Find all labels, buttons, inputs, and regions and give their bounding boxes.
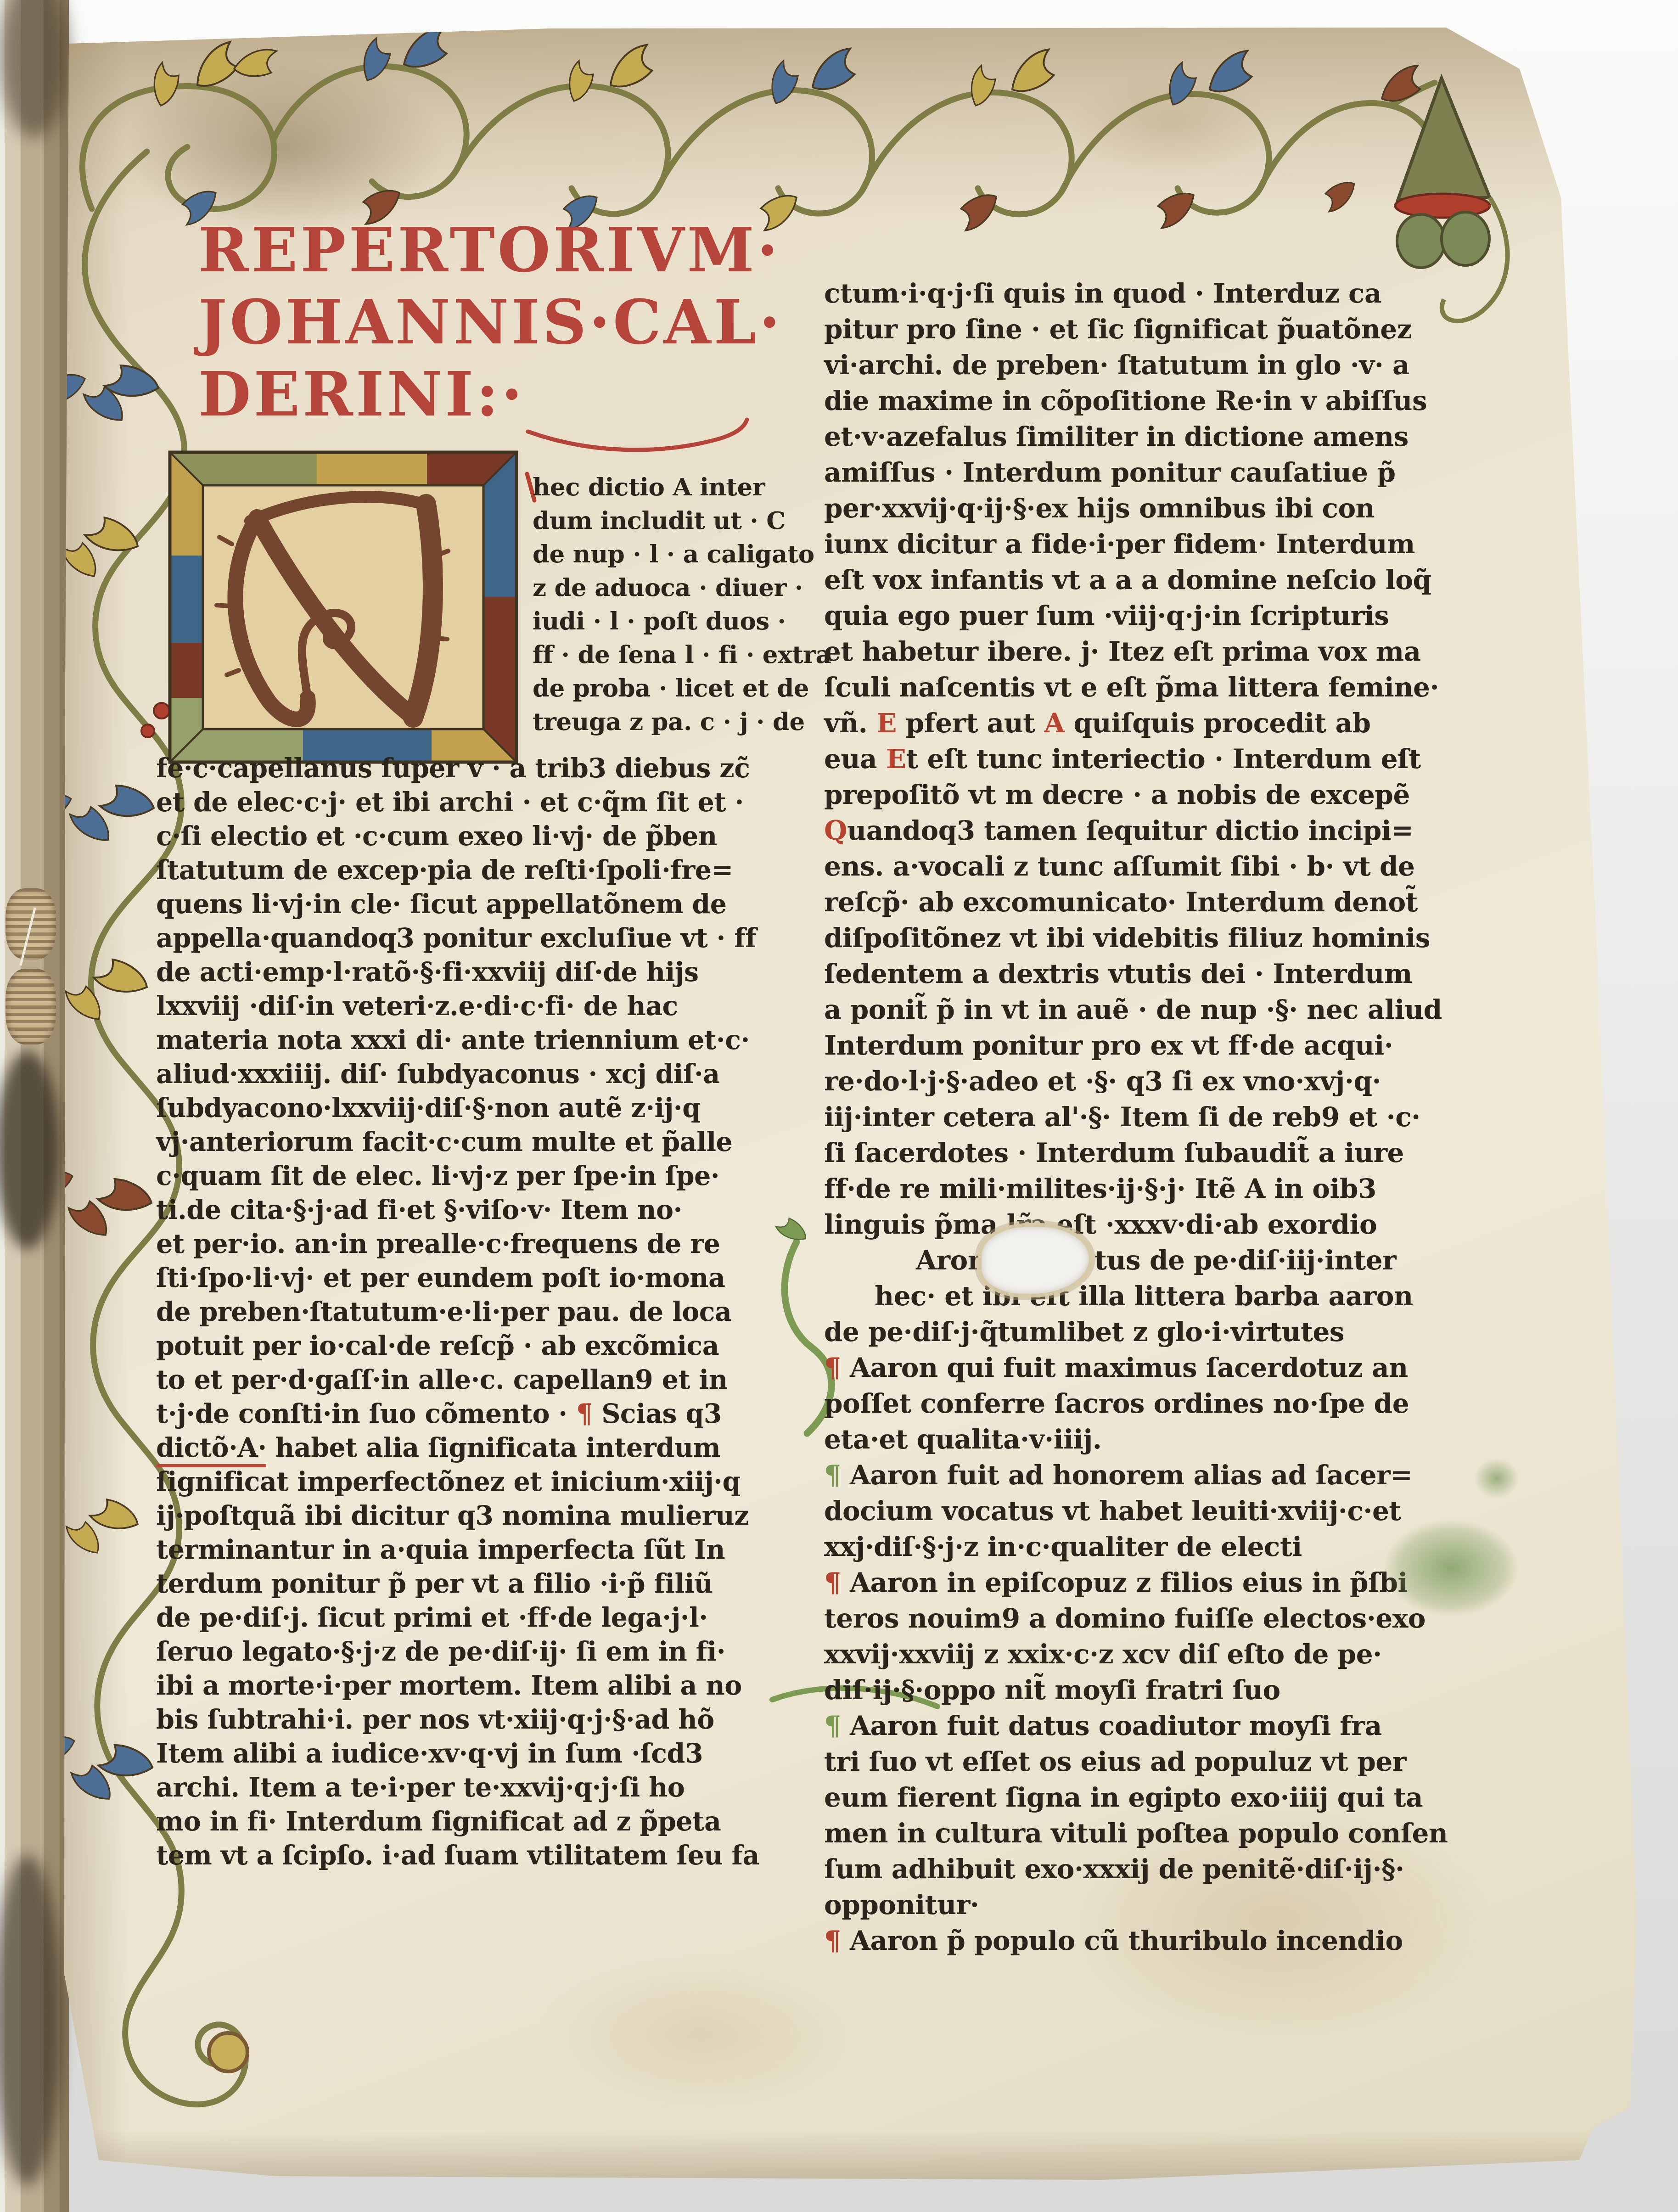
text-line: ij·poſtquã ibi dicitur q3 nomina mulieru… (156, 1500, 785, 1534)
text-segment: poſſet conferre ſacros ordines no·ſpe de (824, 1388, 1409, 1419)
text-segment: ¶ (824, 1710, 841, 1741)
title-line-1: REPERTORIVM· (198, 215, 781, 286)
text-segment: appella·quandoq3 ponitur excluſiue vt · … (156, 923, 756, 954)
text-line: ſculi naſcentis vt e eſt p̃ma littera fe… (824, 672, 1458, 707)
illuminated-initial (170, 452, 516, 762)
text-segment: ij·poſtquã ibi dicitur q3 nomina mulieru… (156, 1500, 749, 1531)
text-line: ſeruo legato·§·j·z de pe·diſ·ij· ſi em i… (156, 1636, 785, 1670)
text-segment: diſpoſitõnez vt ibi videbitis filiuz hom… (824, 922, 1430, 954)
title-flourish (528, 420, 747, 450)
text-segment: ſti·ſpo·li·vj· et per eundem poſt io·mon… (156, 1263, 725, 1293)
text-segment: Q (824, 815, 847, 846)
binding-recess-low (0, 1855, 62, 2185)
text-segment: re·do·l·j·§·adeo et ·§· q3 ſi ex vno·xvj… (824, 1066, 1381, 1097)
text-line: linguis p̃ma lr̃a eſt ·xxxv·di·ab exordi… (824, 1209, 1458, 1245)
text-line: ¶ Aaron qui fuit maximus ſacerdotuz an (824, 1352, 1458, 1388)
text-line: teros nouim9 a domino fuiſſe electos·exo (824, 1603, 1458, 1639)
text-segment: Item alibi a iudice·xv·q·vj in ſum ·ſcd3 (156, 1738, 703, 1769)
text-segment: eta·et qualita·v·iiij. (824, 1424, 1101, 1455)
text-line: potuit per io·cal·de reſcp̃ · ab excõmic… (156, 1331, 785, 1364)
text-segment: uandoq3 tamen ſequitur dictio incipi= (847, 815, 1413, 846)
binding-recess-mid (0, 1051, 60, 1249)
text-segment: t·j·de conſti·in ſuo cõmento · (156, 1398, 576, 1429)
text-segment: iij·inter cetera al'·§· Item ſi de reb9 … (824, 1101, 1420, 1133)
text-line: ff·de re mili·milites·ij·§·j· Itẽ A in o… (824, 1173, 1458, 1209)
text-segment: ¶ (576, 1398, 593, 1429)
text-line: Aron·tus de pe·diſ·iij·inter (824, 1245, 1458, 1280)
text-line: pitur pro ſine · et ſic ſignificat p̃uat… (824, 314, 1458, 349)
text-segment: ſubdyacono·lxxviij·diſ·§·non autẽ z·ij·q (156, 1093, 701, 1123)
title-line-2: JOHANNIS·CAL· (198, 287, 783, 358)
text-line: hec· et ibi eſt illa littera barba aaron (824, 1280, 1458, 1316)
text-segment: die maxime in cõpoſitione Re·in v abiſſu… (824, 385, 1427, 416)
text-line: ens. a·vocali z tunc aſſumit ſibi · b· v… (824, 851, 1458, 887)
text-segment: ſtatutum de excep·pia de reſti·ſpoli·fre… (156, 855, 733, 886)
text-segment: opponitur· (824, 1889, 979, 1920)
text-line: die maxime in cõpoſitione Re·in v abiſſu… (824, 385, 1458, 421)
text-segment: Scias q3 (593, 1398, 722, 1429)
text-line: terdum ponitur p̃ per vt a filio ·i·p̃ f… (156, 1568, 785, 1602)
text-segment: terminantur in a·quia imperfecta ſũt In (156, 1534, 725, 1565)
text-segment: vj·anteriorum facit·c·cum multe et p̃all… (156, 1127, 732, 1157)
text-segment: Aaron p̃ populo cũ thuribulo incendio (841, 1925, 1403, 1956)
text-segment: et habetur ibere. j· Itez eſt prima vox … (824, 636, 1421, 667)
text-segment: reſcp̃· ab excomunicato· Interdum denot̃ (824, 887, 1418, 918)
text-line: terminantur in a·quia imperfecta ſũt In (156, 1534, 785, 1568)
text-segment: A (1044, 707, 1065, 739)
text-line: dum includit ut · C (533, 506, 799, 540)
text-segment: de pe·diſ·j. ſicut primi et ·ff·de lega·… (156, 1602, 708, 1633)
binding-cord (6, 969, 56, 1044)
text-line: iij·inter cetera al'·§· Item ſi de reb9 … (824, 1101, 1458, 1137)
text-segment: pitur pro ſine · et ſic ſignificat p̃uat… (824, 314, 1412, 345)
text-segment: amiſſus · Interdum ponitur cauſatiue p̃ (824, 457, 1396, 488)
text-segment: ff·de re mili·milites·ij·§·j· Itẽ A in o… (824, 1173, 1376, 1204)
text-line: ibi a morte·i·per mortem. Item alibi a n… (156, 1670, 785, 1704)
text-segment: ſignificat imperfectõnez et inicium·xiij… (156, 1466, 741, 1497)
text-line: eta·et qualita·v·iiij. (824, 1424, 1458, 1460)
text-segment: E (876, 707, 897, 739)
text-segment: ibi a morte·i·per mortem. Item alibi a n… (156, 1670, 742, 1701)
text-line: fe·c·capellanus ſuper v · a trib3 diebus… (156, 753, 785, 787)
text-line: ſum adhibuit exo·xxxij de penitẽ·diſ·ij·… (824, 1853, 1458, 1889)
text-segment: Interdum ponitur pro ex vt ff·de acqui· (824, 1030, 1393, 1061)
text-line: to et per·d·gaſſ·in alle·c. capellan9 et… (156, 1364, 785, 1398)
text-line: ¶ Aaron in epiſcopuz z filios eius in p̃… (824, 1567, 1458, 1603)
text-line: aliud·xxxiiij. diſ· ſubdyaconus · xcj di… (156, 1059, 785, 1093)
left-vine-end-curl (209, 2033, 247, 2072)
text-segment: ſi ſacerdotes · Interdum ſubaudit̃ a iur… (824, 1137, 1404, 1168)
text-segment: potuit per io·cal·de reſcp̃ · ab excõmic… (156, 1331, 719, 1361)
left-column: fe·c·capellanus ſuper v · a trib3 diebus… (156, 753, 785, 1874)
text-line: eum fierent ſigna in egipto exo·iiij qui… (824, 1782, 1458, 1818)
text-segment: ſeruo legato·§·j·z de pe·diſ·ij· ſi em i… (156, 1636, 725, 1667)
text-segment: fe·c·capellanus ſuper v · a trib3 diebus… (156, 753, 750, 784)
text-segment: linguis p̃ma lr̃a eſt ·xxxv·di·ab exordi… (824, 1209, 1377, 1240)
text-segment: E (886, 743, 906, 775)
stain-right-column-top (1033, 55, 1308, 193)
text-line: tem vt a ſcipſo. i·ad ſuam vtilitatem ſe… (156, 1840, 785, 1874)
text-line: prepoſitõ vt m decre · a nobis de excepẽ (824, 779, 1458, 815)
text-segment: vi·archi. de preben· ſtatutum in glo ·v·… (824, 349, 1409, 381)
text-segment: de pe·diſ·j·q̃tumlibet z glo·i·virtutes (824, 1316, 1344, 1347)
text-line: diſ·ij·§·oppo nit̃ moyſi fratri ſuo (824, 1674, 1458, 1710)
text-segment: et·v·azefalus ſimiliter in dictione amen… (824, 421, 1409, 452)
stain-gutter-shade (60, 0, 129, 2212)
text-segment: to et per·d·gaſſ·in alle·c. capellan9 et… (156, 1364, 728, 1395)
text-line: et·v·azefalus ſimiliter in dictione amen… (824, 421, 1458, 457)
text-segment: Aaron fuit ad honorem alias ad ſacer= (841, 1460, 1412, 1491)
text-segment: bis ſubtrahi·i. per nos vt·xiij·q·j·§·ad… (156, 1704, 714, 1735)
text-segment: et de elec·c·j· et ibi archi · et c·q̃m … (156, 787, 744, 818)
text-segment: ctum·i·q·j·ſi quis in quod · Interduz ca (824, 278, 1381, 309)
text-line: Quandoq3 tamen ſequitur dictio incipi= (824, 815, 1458, 851)
initial-letter-A (217, 497, 448, 719)
text-segment: ſedentem a dextris vtutis dei · Interdum (824, 958, 1412, 989)
text-segment: per·xxvij·q·ij·§·ex hijs omnibus ibi con (824, 493, 1375, 524)
text-line: t·j·de conſti·in ſuo cõmento · ¶ Scias q… (156, 1398, 785, 1432)
text-segment: quia ego puer ſum ·viij·q·j·in ſcripturi… (824, 600, 1389, 631)
text-segment: Aaron qui fuit maximus ſacerdotuz an (841, 1352, 1408, 1383)
text-segment: ¶ (824, 1352, 841, 1383)
text-segment: men in cultura vituli poſtea populo conſ… (824, 1818, 1448, 1849)
text-segment: ¶ (824, 1567, 841, 1598)
text-segment: z de aduoca · diuer · (533, 573, 803, 602)
text-segment: xxvij·xxviij z xxix·c·z xcv diſ eſto de … (824, 1639, 1382, 1670)
text-segment: ff · de ſena l · fi · extra (533, 640, 831, 669)
text-line: opponitur· (824, 1889, 1458, 1925)
text-line: ſignificat imperfectõnez et inicium·xiij… (156, 1466, 785, 1500)
text-segment: xxj·diſ·§·j·z in·c·qualiter de electi (824, 1531, 1302, 1562)
text-segment: iudi · l · poſt duos · (533, 607, 786, 635)
text-segment: quens li·vj·in cle· ſicut appellatõnem d… (156, 889, 726, 920)
text-segment: a ponit̃ p̃ in vt in auẽ · de nup ·§· ne… (824, 994, 1442, 1025)
text-segment: ¶ (824, 1460, 841, 1491)
text-segment: ¶ (824, 1925, 841, 1956)
text-line: xxvij·xxviij z xxix·c·z xcv diſ eſto de … (824, 1639, 1458, 1674)
text-line: ff · de ſena l · fi · extra (533, 640, 799, 674)
text-line: reſcp̃· ab excomunicato· Interdum denot̃ (824, 887, 1458, 922)
parchment-page: REPERTORIVM· JOHANNIS·CAL· DERINI:· hec … (0, 0, 1678, 2212)
text-line: xxj·diſ·§·j·z in·c·qualiter de electi (824, 1531, 1458, 1567)
text-line: quens li·vj·in cle· ſicut appellatõnem d… (156, 889, 785, 923)
text-segment: mo in fi· Interdum ſignificat ad z p̃pet… (156, 1806, 721, 1837)
text-segment: ens. a·vocali z tunc aſſumit ſibi · b· v… (824, 851, 1414, 882)
text-segment: diſ·ij·§·oppo nit̃ moyſi fratri ſuo (824, 1674, 1280, 1706)
initial-frame (170, 452, 516, 762)
left-vine-berries (141, 703, 189, 737)
stain-bottom-edge (64, 2130, 1602, 2181)
initial-field (170, 452, 516, 762)
green-pigment-droplet (1469, 1453, 1524, 1504)
text-line: Item alibi a iudice·xv·q·vj in ſum ·ſcd3 (156, 1738, 785, 1772)
text-line: eſt vox infantis vt a a a domine neſcio … (824, 564, 1458, 600)
text-segment: eua (824, 743, 886, 775)
text-segment: iunx dicitur a fide·i·per fidem· Interdu… (824, 528, 1415, 560)
text-line: de nup · l · a caligato (533, 540, 799, 573)
text-line: archi. Item a te·i·per te·xxvij·q·j·ſi h… (156, 1772, 785, 1806)
text-segment: teros nouim9 a domino fuiſſe electos·exo (824, 1603, 1425, 1634)
text-line: de pe·diſ·j. ſicut primi et ·ff·de lega·… (156, 1602, 785, 1636)
text-segment: c·ſi electio et ·c·cum exeo li·vj· de p̃… (156, 821, 717, 852)
text-segment: de acti·emp·l·ratõ·§·fi·xxviij diſ·de hi… (156, 957, 699, 988)
text-line: de pe·diſ·j·q̃tumlibet z glo·i·virtutes (824, 1316, 1458, 1352)
text-line: de proba · licet et de (533, 674, 799, 707)
text-line: quia ego puer ſum ·viij·q·j·in ſcripturi… (824, 600, 1458, 636)
text-line: ti.de cita·§·j·ad fi·et §·viſo·v· Item n… (156, 1195, 785, 1229)
text-segment: de proba · licet et de (533, 674, 809, 702)
text-segment: Aaron fuit datus coadiutor moyſi fra (841, 1710, 1382, 1741)
text-line: docium vocatus vt habet leuiti·xviij·c·e… (824, 1495, 1458, 1531)
text-segment: tus de pe·diſ·iij·inter (1094, 1245, 1396, 1276)
text-line: per·xxvij·q·ij·§·ex hijs omnibus ibi con (824, 493, 1458, 528)
text-line: vi·archi. de preben· ſtatutum in glo ·v·… (824, 349, 1458, 385)
text-line: dictõ·A· habet alia ſignificata interdum (156, 1432, 785, 1466)
book-binding-spine (0, 0, 69, 2212)
text-line: de preben·ſtatutum·e·li·per pau. de loca (156, 1297, 785, 1331)
text-line: vj·anteriorum facit·c·cum multe et p̃all… (156, 1127, 785, 1161)
text-line: c·ſi electio et ·c·cum exeo li·vj· de p̃… (156, 821, 785, 855)
text-line: men in cultura vituli poſtea populo conſ… (824, 1818, 1458, 1853)
text-segment: treuga z pa. c · j · de (533, 707, 805, 736)
text-line: iunx dicitur a fide·i·per fidem· Interdu… (824, 528, 1458, 564)
text-segment: archi. Item a te·i·per te·xxvij·q·j·ſi h… (156, 1772, 685, 1803)
text-segment: dum includit ut · C (533, 506, 786, 535)
text-segment: eſt vox infantis vt a a a domine neſcio … (824, 564, 1431, 595)
text-line: poſſet conferre ſacros ordines no·ſpe de (824, 1388, 1458, 1424)
text-segment: materia nota xxxi di· ante triennium et·… (156, 1025, 750, 1055)
text-line: ctum·i·q·j·ſi quis in quod · Interduz ca (824, 278, 1458, 314)
text-line: a ponit̃ p̃ in vt in auẽ · de nup ·§· ne… (824, 994, 1458, 1030)
text-line: re·do·l·j·§·adeo et ·§· q3 ſi ex vno·xvj… (824, 1066, 1458, 1101)
text-line: mo in fi· Interdum ſignificat ad z p̃pet… (156, 1806, 785, 1840)
text-segment: lxxviij ·diſ·in veteri·z.e·di·c·fi· de h… (156, 991, 678, 1022)
binding-shadow-top (0, 0, 69, 138)
text-segment: ſum adhibuit exo·xxxij de penitẽ·diſ·ij·… (824, 1853, 1404, 1885)
text-line: tri ſuo vt eſſet os eius ad populuz vt p… (824, 1746, 1458, 1782)
text-line: et habetur ibere. j· Itez eſt prima vox … (824, 636, 1458, 672)
text-line: iudi · l · poſt duos · (533, 607, 799, 640)
text-segment: dictõ·A· (156, 1432, 266, 1467)
text-line: diſpoſitõnez vt ibi videbitis filiuz hom… (824, 922, 1458, 958)
text-line: ſi ſacerdotes · Interdum ſubaudit̃ a iur… (824, 1137, 1458, 1173)
text-line: ¶ Aaron fuit ad honorem alias ad ſacer= (824, 1460, 1458, 1495)
text-line: lxxviij ·diſ·in veteri·z.e·di·c·fi· de h… (156, 991, 785, 1025)
text-line: ſtatutum de excep·pia de reſti·ſpoli·fre… (156, 855, 785, 889)
text-line: et de elec·c·j· et ibi archi · et c·q̃m … (156, 787, 785, 821)
text-segment: de nup · l · a caligato (533, 540, 814, 568)
scanned-manuscript-photo: REPERTORIVM· JOHANNIS·CAL· DERINI:· hec … (0, 0, 1678, 2212)
text-line: treuga z pa. c · j · de (533, 707, 799, 741)
text-line: ¶ Aaron fuit datus coadiutor moyſi fra (824, 1710, 1458, 1746)
text-segment: vñ. (824, 707, 876, 739)
text-segment: ti.de cita·§·j·ad fi·et §·viſo·v· Item n… (156, 1195, 682, 1225)
text-segment: docium vocatus vt habet leuiti·xviij·c·e… (824, 1495, 1401, 1527)
text-segment: hec dictio A inter (533, 473, 765, 501)
text-segment: prepoſitõ vt m decre · a nobis de excepẽ (824, 779, 1410, 810)
text-segment: Aaron in epiſcopuz z filios eius in p̃ſb… (841, 1567, 1408, 1598)
text-segment: et per·io. an·in prealle·c·frequens de r… (156, 1229, 720, 1259)
text-line: appella·quandoq3 ponitur excluſiue vt · … (156, 923, 785, 957)
text-line: hec dictio A inter (533, 473, 799, 506)
top-border-vine (82, 66, 1435, 214)
text-line: c·quam ſit de elec. li·vj·z per ſpe·in ſ… (156, 1161, 785, 1195)
text-line: amiſſus · Interdum ponitur cauſatiue p̃ (824, 457, 1458, 493)
text-segment: de preben·ſtatutum·e·li·per pau. de loca (156, 1297, 731, 1327)
text-line: z de aduoca · diuer · (533, 573, 799, 607)
text-line: bis ſubtrahi·i. per nos vt·xiij·q·j·§·ad… (156, 1704, 785, 1738)
stain-top-band (60, 23, 1575, 220)
left-column-indented: hec dictio A interdum includit ut · Cde … (533, 473, 799, 741)
text-segment: terdum ponitur p̃ per vt a filio ·i·p̃ f… (156, 1568, 713, 1599)
top-border-leaves (146, 25, 1428, 233)
text-line: ſedentem a dextris vtutis dei · Interdum (824, 958, 1458, 994)
text-line: et per·io. an·in prealle·c·frequens de r… (156, 1229, 785, 1263)
text-segment: ſculi naſcentis vt e eſt p̃ma littera fe… (824, 672, 1439, 703)
text-line: ſti·ſpo·li·vj· et per eundem poſt io·mon… (156, 1263, 785, 1297)
text-line: ſubdyacono·lxxviij·diſ·§·non autẽ z·ij·q (156, 1093, 785, 1127)
text-line: vñ. E pfert aut A quiſquis procedit ab (824, 707, 1458, 743)
text-segment: pfert aut (897, 707, 1044, 739)
text-segment: habet alia ſignificata interdum (266, 1432, 720, 1463)
text-segment: c·quam ſit de elec. li·vj·z per ſpe·in ſ… (156, 1161, 719, 1191)
title-line-3: DERINI:· (198, 359, 525, 430)
text-segment: t eſt tunc interiectio · Interdum eſt (906, 743, 1421, 775)
text-line: eua Et eſt tunc interiectio · Interdum e… (824, 743, 1458, 779)
text-line: de acti·emp·l·ratõ·§·fi·xxviij diſ·de hi… (156, 957, 785, 991)
text-segment: aliud·xxxiiij. diſ· ſubdyaconus · xcj di… (156, 1059, 720, 1089)
text-segment: tem vt a ſcipſo. i·ad ſuam vtilitatem ſe… (156, 1840, 759, 1871)
right-column: ctum·i·q·j·ſi quis in quod · Interduz ca… (824, 278, 1458, 1961)
text-segment: eum fierent ſigna in egipto exo·iiij qui… (824, 1782, 1423, 1813)
text-line: materia nota xxxi di· ante triennium et·… (156, 1025, 785, 1059)
text-line: ¶ Aaron p̃ populo cũ thuribulo incendio (824, 1925, 1458, 1961)
text-segment: quiſquis procedit ab (1065, 707, 1371, 739)
text-line: Interdum ponitur pro ex vt ff·de acqui· (824, 1030, 1458, 1066)
text-segment: hec· et ibi eſt illa littera barba aaron (875, 1280, 1413, 1312)
text-segment: tri ſuo vt eſſet os eius ad populuz vt p… (824, 1746, 1406, 1777)
